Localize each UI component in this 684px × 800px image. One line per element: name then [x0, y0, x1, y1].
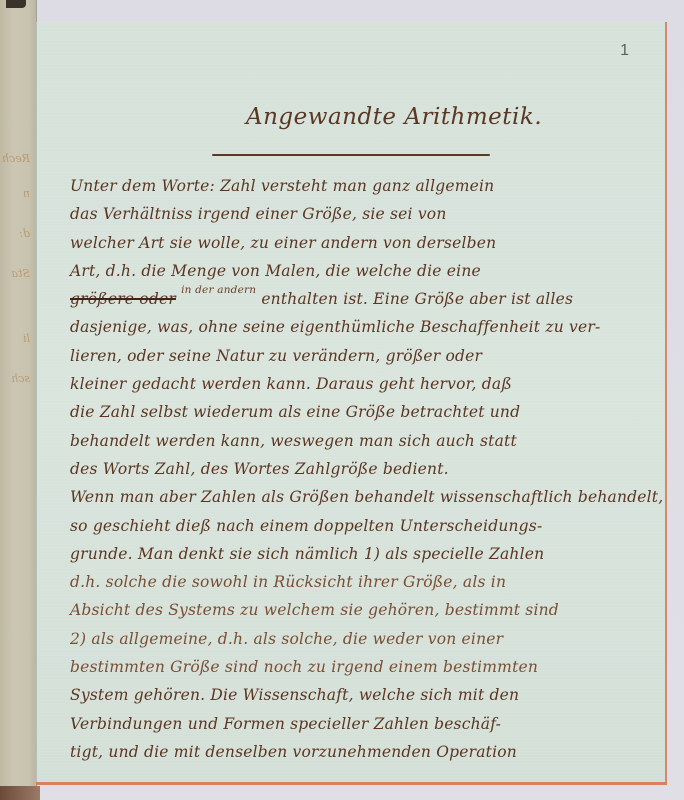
text-line: bestimmten Größe sind noch zu irgend ein…: [70, 653, 650, 681]
text-line: Art, d.h. die Menge von Malen, die welch…: [70, 257, 650, 285]
text-line: tigt, und die mit denselben vorzunehmend…: [70, 738, 650, 766]
text-line: welcher Art sie wolle, zu einer andern v…: [70, 229, 650, 257]
book-cover-corner: [6, 0, 26, 8]
manuscript-page: 1 Angewandte Arithmetik. Unter dem Worte…: [36, 22, 667, 785]
text-line: des Worts Zahl, des Wortes Zahlgröße bed…: [70, 455, 650, 483]
text-line: kleiner gedacht werden kann. Daraus geht…: [70, 370, 650, 398]
text-line: d.h. solche die sowohl in Rücksicht ihre…: [70, 568, 650, 596]
text-line: grunde. Man denkt sie sich nämlich 1) al…: [70, 540, 650, 568]
text-line: Absicht des Systems zu welchem sie gehör…: [70, 596, 650, 624]
text-line: System gehören. Die Wissenschaft, welche…: [70, 681, 650, 709]
book-cover-bottom: [0, 786, 40, 800]
ink-bleed-through: n: [2, 185, 30, 203]
text-line: Unter dem Worte: Zahl versteht man ganz …: [70, 172, 650, 200]
ink-bleed-through: d:: [2, 225, 30, 243]
ink-bleed-through: Sta: [2, 265, 30, 283]
text-line: behandelt werden kann, weswegen man sich…: [70, 427, 650, 455]
struck-text: größere oder: [70, 290, 176, 308]
text-line: Verbindungen und Formen specieller Zahle…: [70, 710, 650, 738]
line-text: enthalten ist. Eine Größe aber ist alles: [261, 290, 573, 308]
previous-page-edge: Rech n d: Sta li sch: [0, 0, 37, 800]
page-number: 1: [620, 42, 629, 60]
interlinear-insertion: in der andern: [181, 284, 256, 296]
ink-bleed-through: Rech: [2, 150, 30, 168]
manuscript-body: Unter dem Worte: Zahl versteht man ganz …: [70, 172, 650, 766]
text-line: dasjenige, was, ohne seine eigenthümlich…: [70, 313, 650, 341]
text-line: das Verhältniss irgend einer Größe, sie …: [70, 200, 650, 228]
text-line: lieren, oder seine Natur zu verändern, g…: [70, 342, 650, 370]
text-line: 2) als allgemeine, d.h. als solche, die …: [70, 625, 650, 653]
ink-bleed-through: li: [2, 330, 30, 348]
text-line: Wenn man aber Zahlen als Größen behandel…: [70, 483, 650, 511]
text-line: so geschieht dieß nach einem doppelten U…: [70, 512, 650, 540]
text-line: größere oder in der andern enthalten ist…: [70, 285, 650, 313]
page-title: Angewandte Arithmetik.: [246, 104, 542, 130]
title-underline: [212, 154, 490, 156]
text-line: die Zahl selbst wiederum als eine Größe …: [70, 398, 650, 426]
ink-bleed-through: sch: [2, 370, 30, 388]
